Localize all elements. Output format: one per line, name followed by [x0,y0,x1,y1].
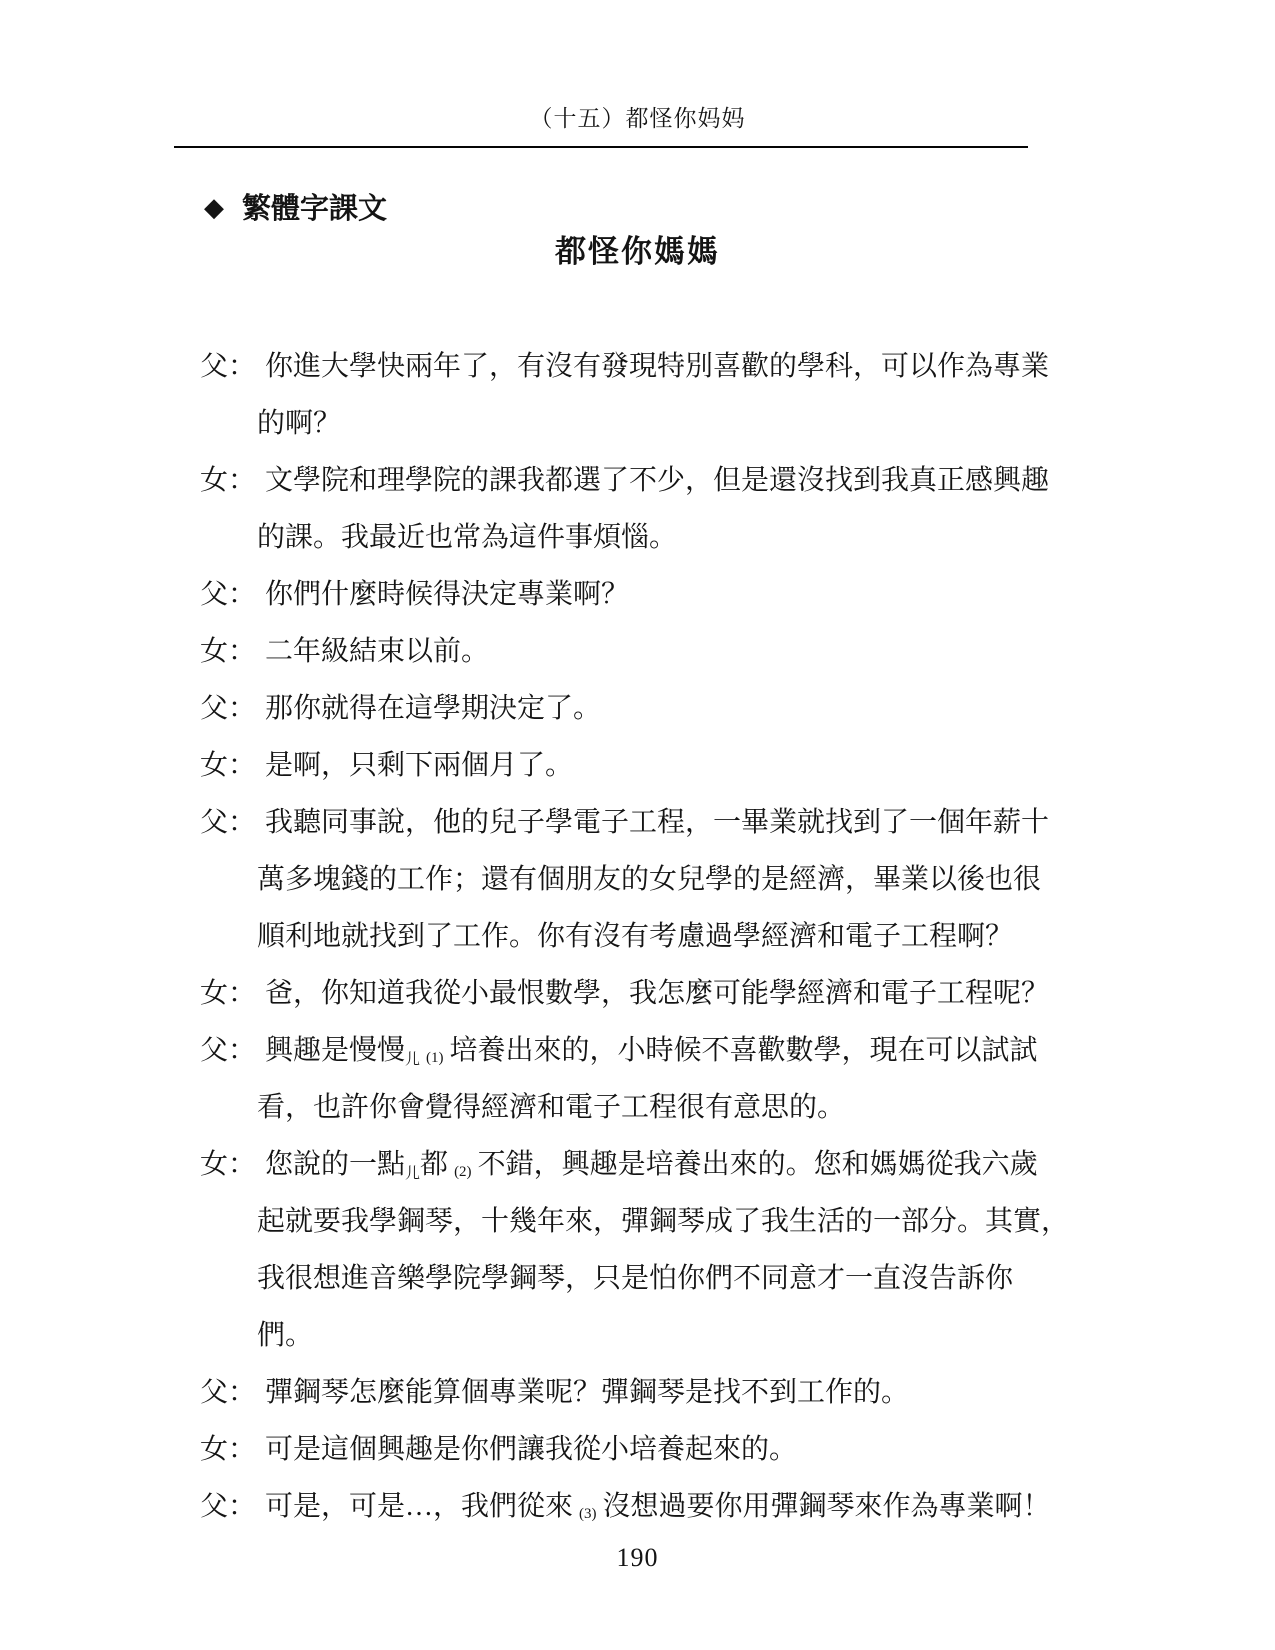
speaker-label: 女： [200,750,256,781]
dialogue-segment: 培養出來的，小時候不喜歡數學，現在可以試試 [450,1035,1038,1066]
dialogue-text: 父：你進大學快兩年了，有沒有發現特別喜歡的學科，可以作為專業的啊？女：文學院和理… [200,338,1060,1535]
dialogue-segment: 們。 [257,1320,313,1351]
footnote-marker: (1) [426,1050,444,1066]
dialogue-segment: 那你就得在這學期決定了。 [265,693,601,724]
speaker-label: 女： [200,465,256,496]
dialogue-line: 看，也許你會覺得經濟和電子工程很有意思的。 [200,1079,1060,1136]
header-rule [174,146,1028,148]
dialogue-segment: 起就要我學鋼琴，十幾年來，彈鋼琴成了我生活的一部分。其實， [257,1206,1069,1237]
dialogue-line: 們。 [200,1307,1060,1364]
dialogue-line: 的課。我最近也常為這件事煩惱。 [200,509,1060,566]
dialogue-segment: 您說的一點 [265,1149,405,1180]
speaker-label: 父： [200,693,256,724]
dialogue-line: 女：是啊，只剩下兩個月了。 [200,737,1060,794]
lesson-title: 都怪你媽媽 [0,226,1275,271]
dialogue-segment: 二年級結束以前。 [265,636,489,667]
dialogue-line: 女：二年級結束以前。 [200,623,1060,680]
dialogue-segment: 可是這個興趣是你們讓我從小培養起來的。 [265,1434,797,1465]
dialogue-line: 父：你進大學快兩年了，有沒有發現特別喜歡的學科，可以作為專業 [200,338,1060,395]
dialogue-segment: 文學院和理學院的課我都選了不少，但是還沒找到我真正感興趣 [265,465,1049,496]
diamond-bullet-icon: ◆ [204,193,224,223]
dialogue-line: 女：可是這個興趣是你們讓我從小培養起來的。 [200,1421,1060,1478]
speaker-label: 父： [200,1377,256,1408]
dialogue-segment: 沒想過要你用彈鋼琴來作為專業啊！ [603,1491,1051,1522]
speaker-label: 父： [200,1491,256,1522]
section-heading: ◆繁體字課文 [204,186,387,227]
dialogue-line: 萬多塊錢的工作；還有個朋友的女兒學的是經濟，畢業以後也很 [200,851,1060,908]
dialogue-line: 起就要我學鋼琴，十幾年來，彈鋼琴成了我生活的一部分。其實， [200,1193,1060,1250]
dialogue-segment: 順利地就找到了工作。你有沒有考慮過學經濟和電子工程啊？ [257,921,1013,952]
dialogue-segment: 你進大學快兩年了，有沒有發現特別喜歡的學科，可以作為專業 [265,351,1049,382]
dialogue-segment: 爸，你知道我從小最恨數學，我怎麼可能學經濟和電子工程呢？ [265,978,1049,1009]
footnote-marker: (2) [454,1164,472,1180]
speaker-label: 女： [200,1434,256,1465]
dialogue-line: 的啊？ [200,395,1060,452]
page-number: 190 [0,1543,1275,1573]
section-heading-label: 繁體字課文 [242,193,387,225]
dialogue-line: 父：可是，可是…，我們從來(3)沒想過要你用彈鋼琴來作為專業啊！ [200,1478,1060,1535]
speaker-label: 女： [200,978,256,1009]
dialogue-line: 父：你們什麼時候得決定專業啊？ [200,566,1060,623]
dialogue-line: 父：那你就得在這學期決定了。 [200,680,1060,737]
footnote-marker: (3) [579,1506,597,1522]
speaker-label: 父： [200,351,256,382]
speaker-label: 父： [200,1035,256,1066]
dialogue-segment: 可是，可是…，我們從來 [265,1491,573,1522]
dialogue-segment: 的課。我最近也常為這件事煩惱。 [257,522,677,553]
dialogue-segment: 你們什麼時候得決定專業啊？ [265,579,629,610]
dialogue-line: 女：文學院和理學院的課我都選了不少，但是還沒找到我真正感興趣 [200,452,1060,509]
dialogue-line: 我很想進音樂學院學鋼琴，只是怕你們不同意才一直沒告訴你 [200,1250,1060,1307]
dialogue-segment: 看，也許你會覺得經濟和電子工程很有意思的。 [257,1092,845,1123]
speaker-label: 父： [200,807,256,838]
dialogue-segment: 都 [420,1149,448,1180]
dialogue-segment: 興趣是慢慢 [265,1035,405,1066]
dialogue-line: 女：您說的一點儿都(2)不錯，興趣是培養出來的。您和媽媽從我六歲 [200,1136,1060,1193]
dialogue-line: 父：興趣是慢慢儿(1)培養出來的，小時候不喜歡數學，現在可以試試 [200,1022,1060,1079]
textbook-page: （十五）都怪你妈妈 ◆繁體字課文 都怪你媽媽 父：你進大學快兩年了，有沒有發現特… [0,0,1275,1650]
running-header: （十五）都怪你妈妈 [0,100,1275,133]
dialogue-segment: 我聽同事說，他的兒子學電子工程，一畢業就找到了一個年薪十 [265,807,1049,838]
dialogue-segment: 的啊？ [257,408,341,439]
speaker-label: 女： [200,636,256,667]
dialogue-segment: 彈鋼琴怎麼能算個專業呢？彈鋼琴是找不到工作的。 [265,1377,909,1408]
dialogue-line: 父：彈鋼琴怎麼能算個專業呢？彈鋼琴是找不到工作的。 [200,1364,1060,1421]
dialogue-line: 父：我聽同事說，他的兒子學電子工程，一畢業就找到了一個年薪十 [200,794,1060,851]
dialogue-segment: 儿 [405,1052,420,1068]
speaker-label: 女： [200,1149,256,1180]
dialogue-segment: 不錯，興趣是培養出來的。您和媽媽從我六歲 [478,1149,1038,1180]
dialogue-segment: 是啊，只剩下兩個月了。 [265,750,573,781]
dialogue-segment: 我很想進音樂學院學鋼琴，只是怕你們不同意才一直沒告訴你 [257,1263,1013,1294]
dialogue-line: 女：爸，你知道我從小最恨數學，我怎麼可能學經濟和電子工程呢？ [200,965,1060,1022]
dialogue-line: 順利地就找到了工作。你有沒有考慮過學經濟和電子工程啊？ [200,908,1060,965]
dialogue-segment: 儿 [405,1166,420,1182]
speaker-label: 父： [200,579,256,610]
dialogue-segment: 萬多塊錢的工作；還有個朋友的女兒學的是經濟，畢業以後也很 [257,864,1041,895]
